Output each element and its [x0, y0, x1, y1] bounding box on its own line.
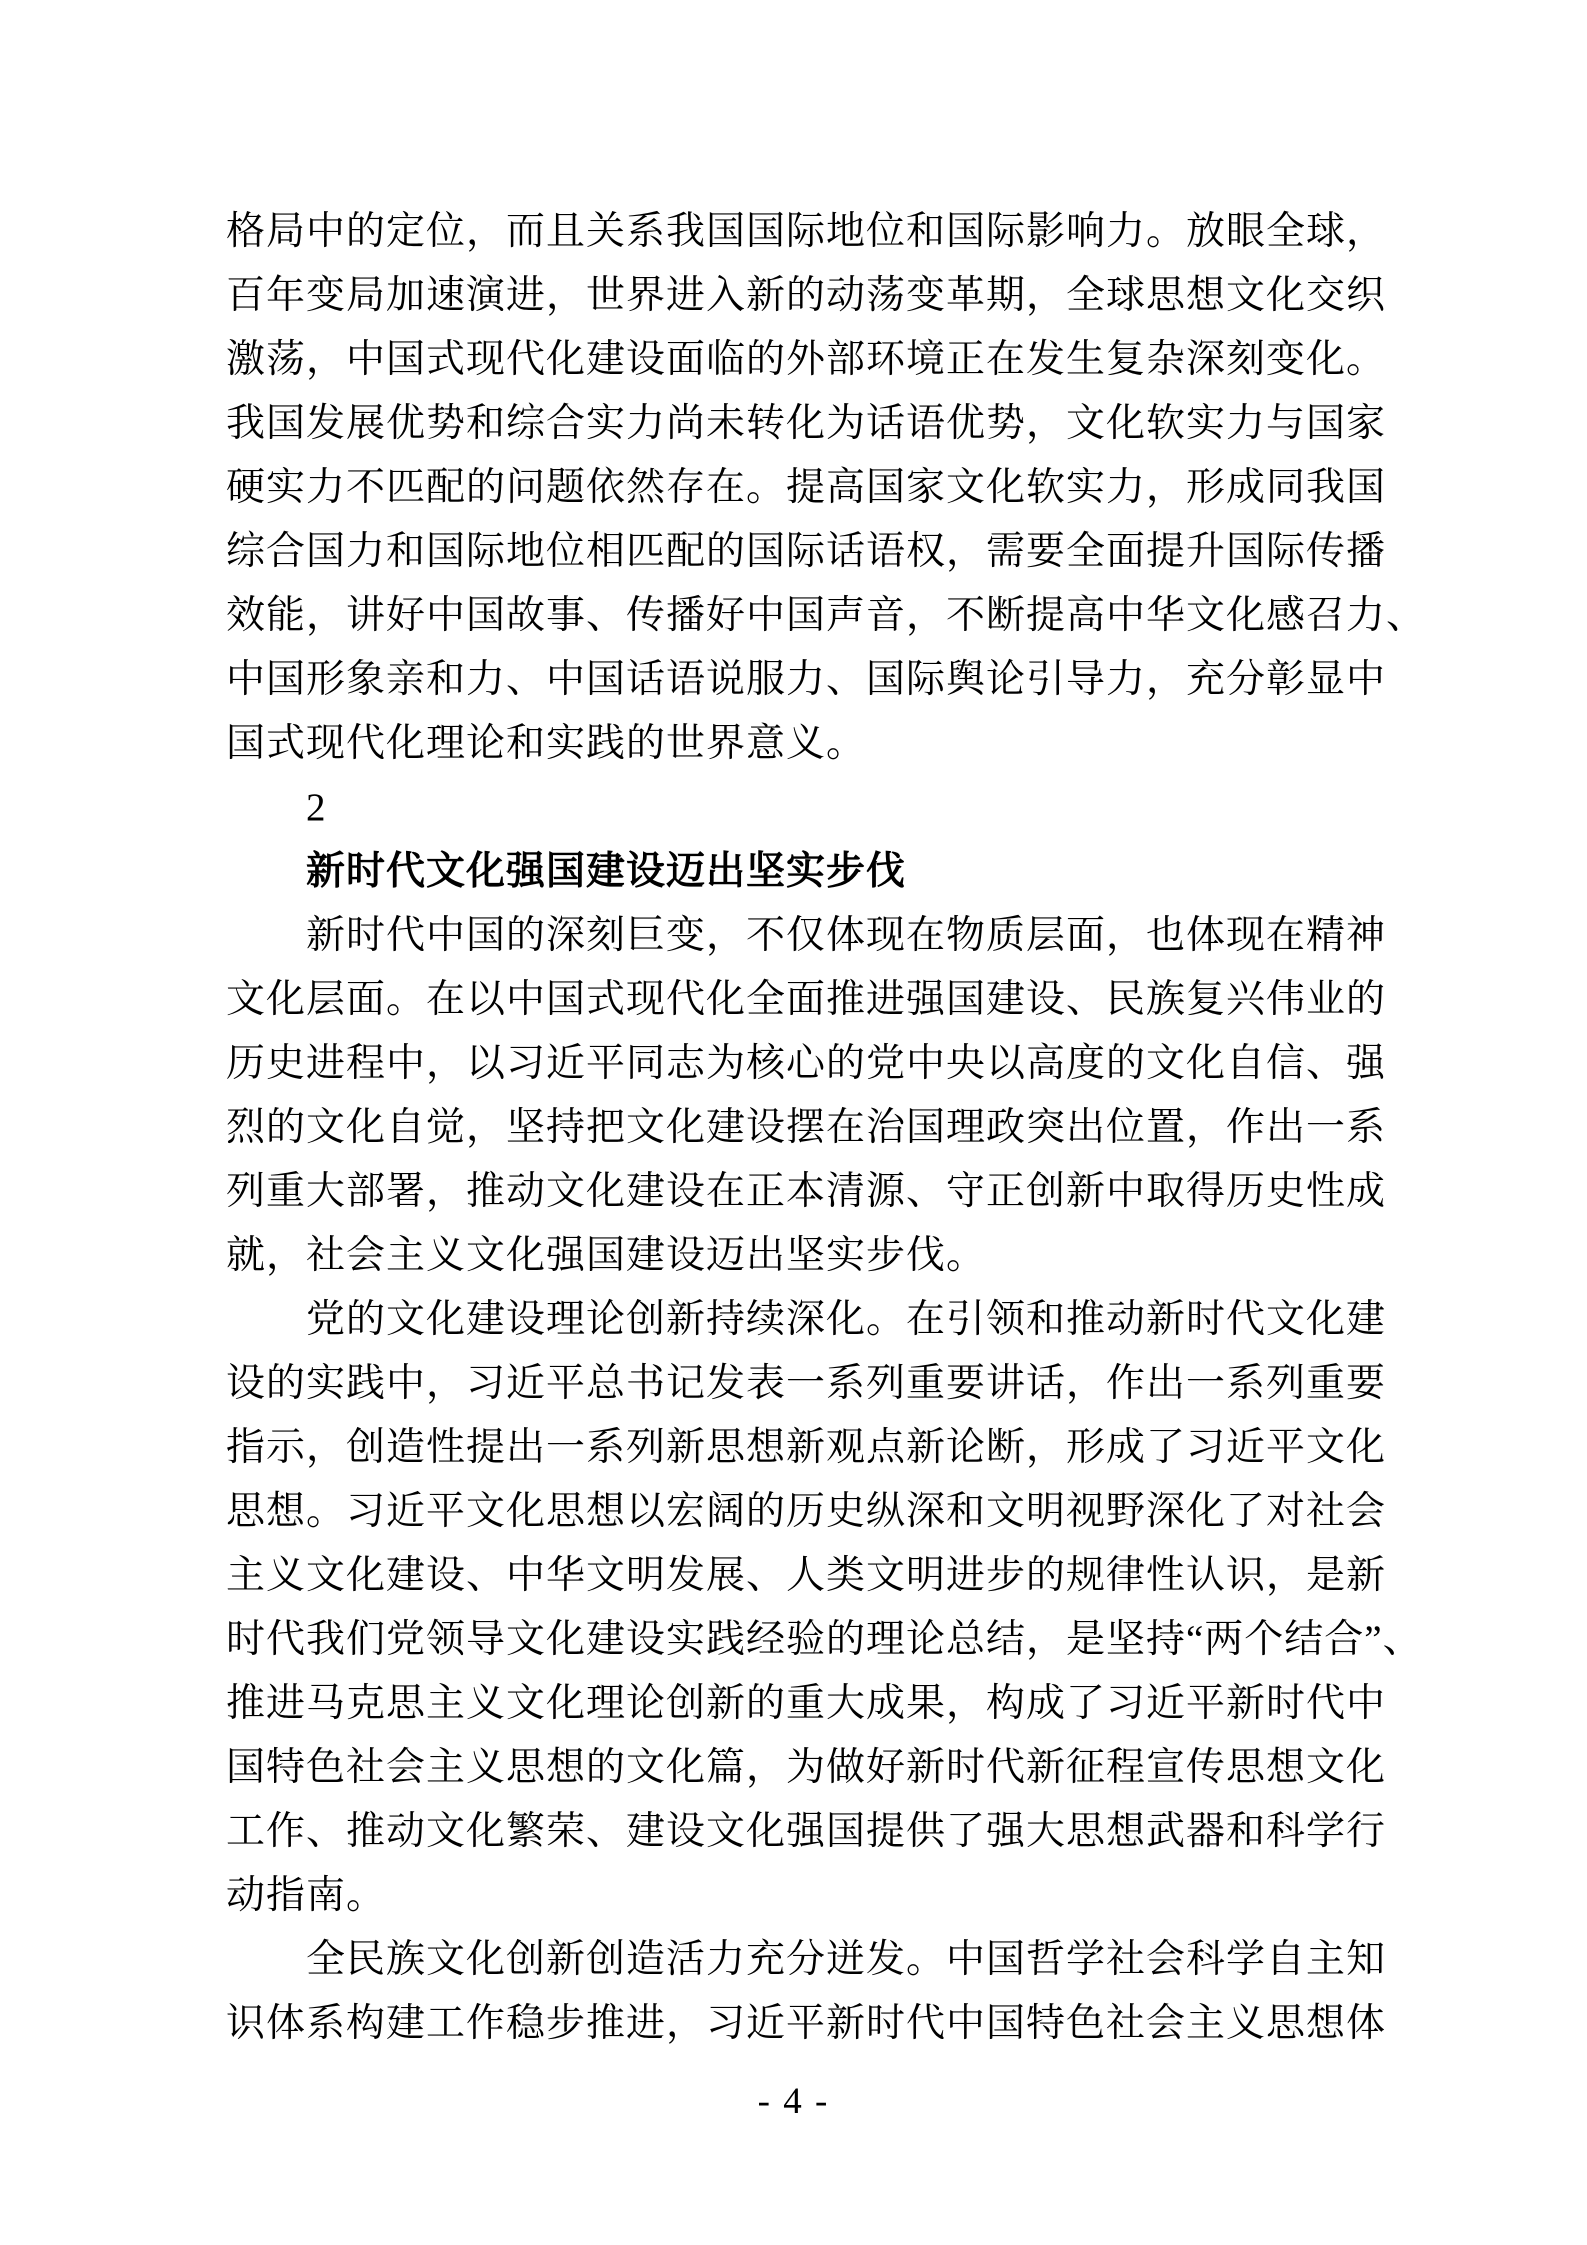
text-line: 综合国力和国际地位相匹配的国际话语权，需要全面提升国际传播 [226, 520, 1456, 584]
text-line: 党的文化建设理论创新持续深化。在引领和推动新时代文化建 [226, 1288, 1456, 1352]
page-number: - 4 - [0, 2082, 1587, 2122]
text-line: 动指南。 [226, 1864, 1456, 1928]
section-heading: 新时代文化强国建设迈出坚实步伐 [226, 840, 1456, 904]
section-number: 2 [226, 776, 1456, 840]
text-line: 我国发展优势和综合实力尚未转化为话语优势，文化软实力与国家 [226, 392, 1456, 456]
text-line: 推进马克思主义文化理论创新的重大成果，构成了习近平新时代中 [226, 1672, 1456, 1736]
text-line: 时代我们党领导文化建设实践经验的理论总结，是坚持“两个结合”、 [226, 1608, 1456, 1672]
text-line: 中国形象亲和力、中国话语说服力、国际舆论引导力，充分彰显中 [226, 648, 1456, 712]
text-line: 硬实力不匹配的问题依然存在。提高国家文化软实力，形成同我国 [226, 456, 1456, 520]
text-line: 文化层面。在以中国式现代化全面推进强国建设、民族复兴伟业的 [226, 968, 1456, 1032]
text-line: 设的实践中，习近平总书记发表一系列重要讲话，作出一系列重要 [226, 1352, 1456, 1416]
text-line: 国式现代化理论和实践的世界意义。 [226, 712, 1456, 776]
text-line: 思想。习近平文化思想以宏阔的历史纵深和文明视野深化了对社会 [226, 1480, 1456, 1544]
text-line: 列重大部署，推动文化建设在正本清源、守正创新中取得历史性成 [226, 1160, 1456, 1224]
text-line: 激荡，中国式现代化建设面临的外部环境正在发生复杂深刻变化。 [226, 328, 1456, 392]
text-line: 识体系构建工作稳步推进，习近平新时代中国特色社会主义思想体 [226, 1992, 1456, 2056]
text-line: 指示，创造性提出一系列新思想新观点新论断，形成了习近平文化 [226, 1416, 1456, 1480]
text-line: 百年变局加速演进，世界进入新的动荡变革期，全球思想文化交织 [226, 264, 1456, 328]
text-line: 工作、推动文化繁荣、建设文化强国提供了强大思想武器和科学行 [226, 1800, 1456, 1864]
text-line: 就，社会主义文化强国建设迈出坚实步伐。 [226, 1224, 1456, 1288]
text-line: 历史进程中，以习近平同志为核心的党中央以高度的文化自信、强 [226, 1032, 1456, 1096]
document-page: 格局中的定位，而且关系我国国际地位和国际影响力。放眼全球，百年变局加速演进，世界… [0, 0, 1587, 2245]
text-line: 效能，讲好中国故事、传播好中国声音，不断提高中华文化感召力、 [226, 584, 1456, 648]
text-line: 主义文化建设、中华文明发展、人类文明进步的规律性认识，是新 [226, 1544, 1456, 1608]
text-line: 烈的文化自觉，坚持把文化建设摆在治国理政突出位置，作出一系 [226, 1096, 1456, 1160]
document-body: 格局中的定位，而且关系我国国际地位和国际影响力。放眼全球，百年变局加速演进，世界… [226, 200, 1456, 2056]
text-line: 格局中的定位，而且关系我国国际地位和国际影响力。放眼全球， [226, 200, 1456, 264]
text-line: 国特色社会主义思想的文化篇，为做好新时代新征程宣传思想文化 [226, 1736, 1456, 1800]
text-line: 新时代中国的深刻巨变，不仅体现在物质层面，也体现在精神 [226, 904, 1456, 968]
text-line: 全民族文化创新创造活力充分迸发。中国哲学社会科学自主知 [226, 1928, 1456, 1992]
